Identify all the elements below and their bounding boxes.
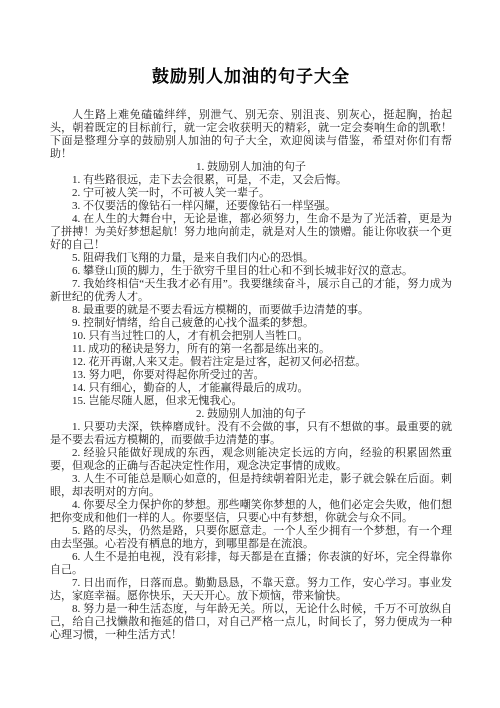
quote-item: 5. 阻碍我们飞翔的力量，是来自我们内心的恐惧。 [50,252,452,265]
section-2-heading: 2. 鼓励别人加油的句子 [50,408,452,421]
quote-item: 4. 在人生的大舞台中，无论是谁，都必须努力，生命不是为了光活着，更是为了拼搏！… [50,213,452,252]
quote-item: 1. 只要功夫深，铁棒磨成针。没有不会做的事，只有不想做的事。最重要的就是不要去… [50,421,452,447]
quote-item: 8. 努力是一种生活态度，与年龄无关。所以，无论什么时候，千万不可放纵自己，给自… [50,603,452,642]
quote-item: 2. 宁可被人笑一时，不可被人笑一辈子。 [50,187,452,200]
intro-paragraph: 人生路上难免磕磕绊绊，别泄气、别无奈、别沮丧、别灰心，挺起胸，抬起头，朝着既定的… [50,109,452,161]
quote-item: 11. 成功的秘诀是努力，所有的第一名都是练出来的。 [50,343,452,356]
quote-item: 7. 我始终相信“天生我才必有用”。我要继续奋斗，展示自己的才能，努力成为新世纪… [50,278,452,304]
quote-item: 10. 只有当过牲口的人，才有机会把别人当牲口。 [50,330,452,343]
quote-item: 4. 你要尽全力保护你的梦想。那些嘲笑你梦想的人，他们必定会失败，他们想把你变成… [50,499,452,525]
quote-item: 8. 最重要的就是不要去看远方模糊的，而要做手边清楚的事。 [50,304,452,317]
quote-item: 5. 路的尽头，仍然是路，只要你愿意走。一个人至少拥有一个梦想，有一个理由去坚强… [50,525,452,551]
quote-item: 1. 有些路很远，走下去会很累，可是，不走，又会后悔。 [50,174,452,187]
quote-item: 9. 控制好情绪，给自己疲惫的心找个温柔的梦想。 [50,317,452,330]
document-page: 鼓励别人加油的句子大全 人生路上难免磕磕绊绊，别泄气、别无奈、别沮丧、别灰心，挺… [0,0,500,708]
section-1-heading: 1. 鼓励别人加油的句子 [50,161,452,174]
document-body: 人生路上难免磕磕绊绊，别泄气、别无奈、别沮丧、别灰心，挺起胸，抬起头，朝着既定的… [50,109,452,642]
quote-item: 2. 经验只能做好现成的东西，观念则能决定长远的方向，经验的积累固然重要，但观念… [50,447,452,473]
quote-item: 7. 日出而作，日落而息。勤勤恳恳，不靠天意。努力工作，安心学习。事业发达，家庭… [50,577,452,603]
quote-item: 6. 人生不是拍电视，没有彩排，每天都是在直播；你表演的好坏，完全得靠你自己。 [50,551,452,577]
page-title: 鼓励别人加油的句子大全 [50,68,452,85]
quote-item: 6. 攀登山顶的脚力，生于欲穷千里目的壮心和不到长城非好汉的意志。 [50,265,452,278]
quote-item: 13. 努力吧，你要对得起你所受过的苦。 [50,369,452,382]
quote-item: 14. 只有细心，勤奋的人，才能赢得最后的成功。 [50,382,452,395]
quote-item: 15. 岂能尽随人愿，但求无愧我心。 [50,395,452,408]
quote-item: 3. 不仅要活的像钻石一样闪耀，还要像钻石一样坚强。 [50,200,452,213]
quote-item: 12. 花开再谢,人来又走。假若注定是过客，起初又何必招惹。 [50,356,452,369]
quote-item: 3. 人生不可能总是顺心如意的，但是持续朝着阳光走，影子就会躲在后面。刺眼，却表… [50,473,452,499]
